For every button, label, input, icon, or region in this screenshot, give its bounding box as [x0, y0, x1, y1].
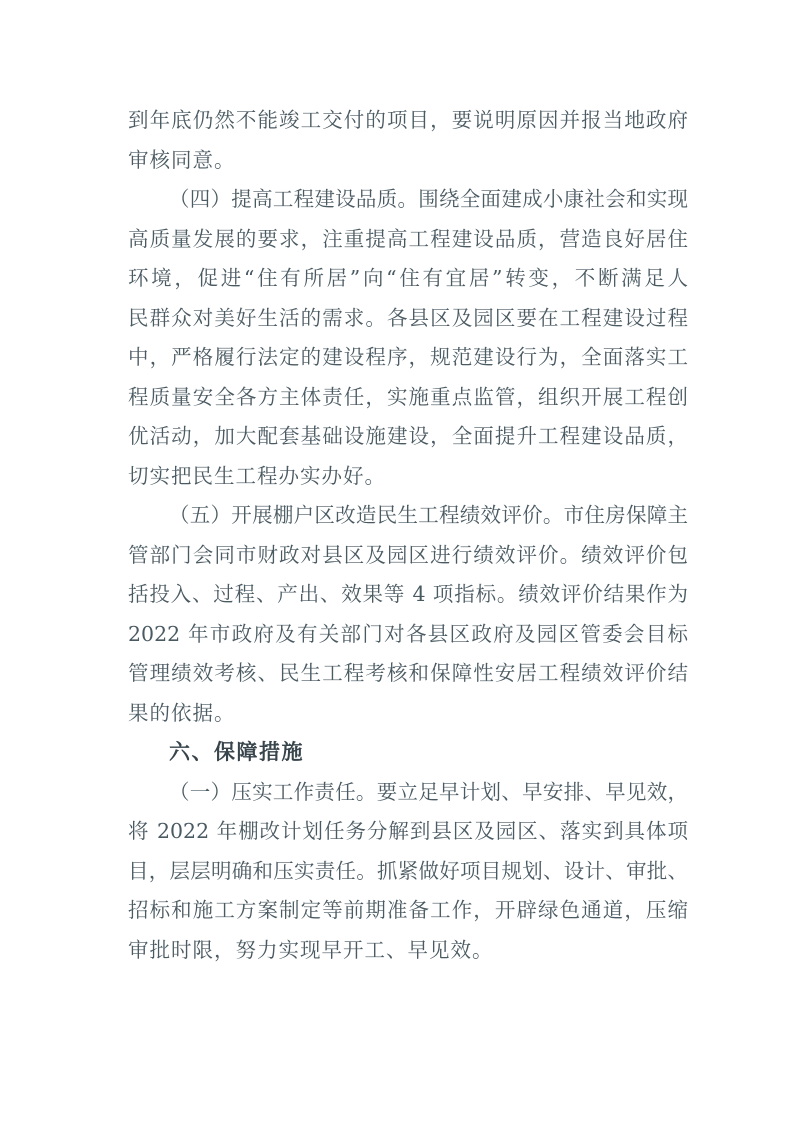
text-line: （一）压实工作责任。要立足早计划、早安排、早见效， — [128, 773, 688, 813]
paragraph: 到年底仍然不能竣工交付的项目，要说明原因并报当地政府审核同意。 — [128, 101, 688, 180]
text-line: 审批时限，努力实现早开工、早见效。 — [128, 931, 688, 971]
text-line: 程质量安全各方主体责任，实施重点监管，组织开展工程创 — [128, 378, 688, 418]
paragraph: （五）开展棚户区改造民生工程绩效评价。市住房保障主管部门会同市财政对县区及园区进… — [128, 496, 688, 733]
text-line: 审核同意。 — [128, 141, 688, 181]
text-line: 2022 年市政府及有关部门对各县区政府及园区管委会目标 — [128, 615, 688, 655]
section-heading-block: 六、保障措施 — [128, 733, 688, 773]
text-line: （四）提高工程建设品质。围绕全面建成小康社会和实现 — [128, 180, 688, 220]
text-line: 优活动，加大配套基础设施建设，全面提升工程建设品质， — [128, 417, 688, 457]
paragraph: （四）提高工程建设品质。围绕全面建成小康社会和实现高质量发展的要求，注重提高工程… — [128, 180, 688, 496]
text-line: 将 2022 年棚改计划任务分解到县区及园区、落实到具体项 — [128, 812, 688, 852]
text-line: 括投入、过程、产出、效果等 4 项指标。绩效评价结果作为 — [128, 575, 688, 615]
text-line: 民群众对美好生活的需求。各县区及园区要在工程建设过程 — [128, 299, 688, 339]
text-line: 招标和施工方案制定等前期准备工作，开辟绿色通道，压缩 — [128, 891, 688, 931]
text-line: 管理绩效考核、民生工程考核和保障性安居工程绩效评价结 — [128, 654, 688, 694]
text-line: 切实把民生工程办实办好。 — [128, 457, 688, 497]
paragraph: （一）压实工作责任。要立足早计划、早安排、早见效，将 2022 年棚改计划任务分… — [128, 773, 688, 971]
text-line: 高质量发展的要求，注重提高工程建设品质，营造良好居住 — [128, 220, 688, 260]
text-line: （五）开展棚户区改造民生工程绩效评价。市住房保障主 — [128, 496, 688, 536]
text-line: 到年底仍然不能竣工交付的项目，要说明原因并报当地政府 — [128, 101, 688, 141]
text-line: 环境，促进“住有所居”向“住有宜居”转变，不断满足人 — [128, 259, 688, 299]
text-line: 中，严格履行法定的建设程序，规范建设行为，全面落实工 — [128, 338, 688, 378]
text-line: 管部门会同市财政对县区及园区进行绩效评价。绩效评价包 — [128, 536, 688, 576]
section-heading: 六、保障措施 — [128, 733, 688, 773]
text-line: 果的依据。 — [128, 694, 688, 734]
document-body: 到年底仍然不能竣工交付的项目，要说明原因并报当地政府审核同意。（四）提高工程建设… — [128, 101, 688, 970]
text-line: 目，层层明确和压实责任。抓紧做好项目规划、设计、审批、 — [128, 852, 688, 892]
document-page: 到年底仍然不能竣工交付的项目，要说明原因并报当地政府审核同意。（四）提高工程建设… — [0, 0, 793, 1122]
